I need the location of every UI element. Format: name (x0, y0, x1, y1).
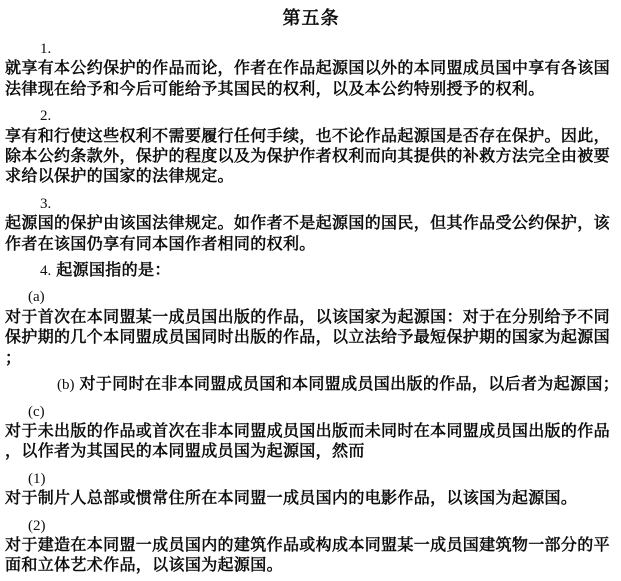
section-marker: 2. (40, 106, 617, 126)
item-inline-line: (b)对于同时在非本同盟成员国和本同盟成员国出版的作品，以后者为起源国； (57, 375, 617, 395)
item-1: (1) 对于制片人总部或惯常住所在本同盟一成员国内的电影作品，以该国为起源国。 (5, 469, 617, 510)
item-2: (2) 对于建造在本同盟一成员国内的建筑作品或构成本同盟某一成员国建筑物一部分的… (5, 516, 617, 577)
text-line: 保护期的几个本同盟成员国同时出版的作品，以立法给予最短保护期的国家为起源国 (5, 328, 617, 348)
item-b: (b)对于同时在非本同盟成员国和本同盟成员国出版的作品，以后者为起源国； (5, 375, 617, 395)
article-title: 第五条 (5, 8, 617, 28)
document-page: 第五条 1. 就享有本公约保护的作品而论，作者在作品起源国以外的本同盟成员国中享… (0, 0, 621, 577)
item-marker: (b) (57, 377, 75, 393)
item-marker: (2) (28, 516, 617, 536)
text-line: 法律现在给予和今后可能给予其国民的权利，以及本公约特别授予的权利。 (5, 80, 617, 100)
text-line: 面和立体艺术作品，以该国为起源国。 (5, 556, 617, 576)
text-line: 就享有本公约保护的作品而论，作者在作品起源国以外的本同盟成员国中享有各该国 (5, 59, 617, 79)
section-1: 1. 就享有本公约保护的作品而论，作者在作品起源国以外的本同盟成员国中享有各该国… (5, 39, 617, 100)
section-marker: 4. (40, 263, 51, 279)
item-marker: (1) (28, 469, 617, 489)
text-line: 对于建造在本同盟一成员国内的建筑作品或构成本同盟某一成员国建筑物一部分的平 (5, 536, 617, 556)
text-line: 求给以保护的国家的法律规定。 (5, 167, 617, 187)
section-marker: 1. (40, 39, 617, 59)
section-heading: 起源国指的是： (56, 262, 170, 279)
text-line: 除本公约条款外，保护的程度以及为保护作者权利而向其提供的补救方法完全由被要 (5, 147, 617, 167)
section-4: 4.起源国指的是： (5, 261, 617, 281)
text-line: 享有和行使这些权利不需要履行任何手续，也不论作品起源国是否存在保护。因此， (5, 127, 617, 147)
item-c: (c) 对于未出版的作品或首次在非本同盟成员国出版而未同时在本同盟成员国出版的作… (5, 402, 617, 463)
text-line: 对于首次在本同盟某一成员国出版的作品，以该国家为起源国：对于在分别给予不同 (5, 308, 617, 328)
section-heading-line: 4.起源国指的是： (40, 261, 617, 281)
item-marker: (c) (28, 402, 617, 422)
section-2: 2. 享有和行使这些权利不需要履行任何手续，也不论作品起源国是否存在保护。因此，… (5, 106, 617, 188)
text-line: 起源国的保护由该国法律规定。如作者不是起源国的国民，但其作品受公约保护，该 (5, 214, 617, 234)
text-line: ，以作者为其国民的本同盟成员国为起源国，然而 (5, 442, 617, 462)
section-3: 3. 起源国的保护由该国法律规定。如作者不是起源国的国民，但其作品受公约保护，该… (5, 194, 617, 255)
item-a: (a) 对于首次在本同盟某一成员国出版的作品，以该国家为起源国：对于在分别给予不… (5, 287, 617, 369)
item-text: 对于同时在非本同盟成员国和本同盟成员国出版的作品，以后者为起源国； (80, 376, 620, 393)
item-marker: (a) (28, 287, 617, 307)
text-line: 对于未出版的作品或首次在非本同盟成员国出版而未同时在本同盟成员国出版的作品 (5, 422, 617, 442)
text-line: 对于制片人总部或惯常住所在本同盟一成员国内的电影作品，以该国为起源国。 (5, 489, 617, 509)
text-line: 作者在该国仍享有同本国作者相同的权利。 (5, 235, 617, 255)
text-line: ； (5, 349, 617, 369)
section-marker: 3. (40, 194, 617, 214)
